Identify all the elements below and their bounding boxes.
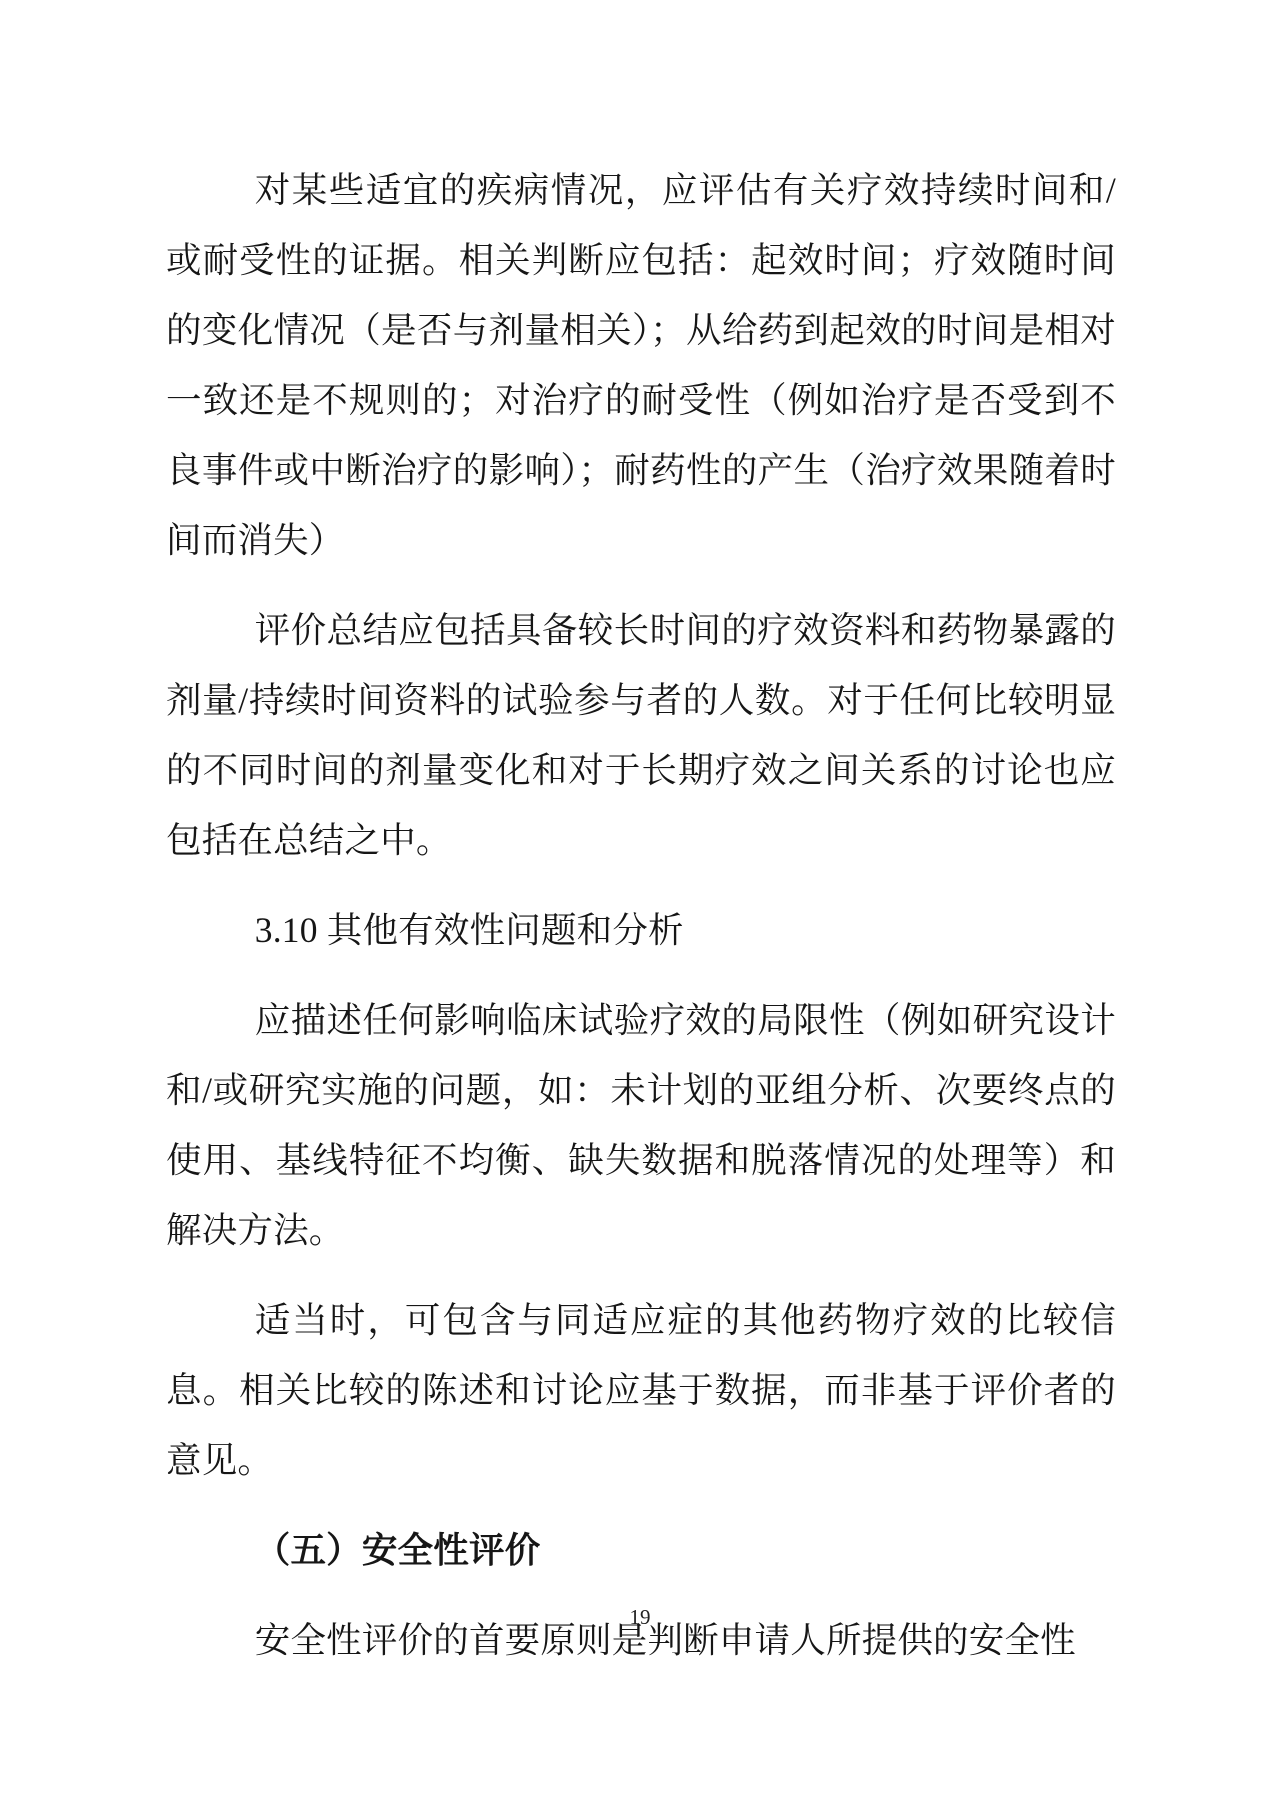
paragraph-efficacy-duration-tolerance: 对某些适宜的疾病情况，应评估有关疗效持续时间和/或耐受性的证据。相关判断应包括：… (166, 155, 1116, 575)
page-content: 对某些适宜的疾病情况，应评估有关疗效持续时间和/或耐受性的证据。相关判断应包括：… (166, 155, 1116, 1695)
paragraph-evaluation-summary: 评价总结应包括具备较长时间的疗效资料和药物暴露的剂量/持续时间资料的试验参与者的… (166, 595, 1116, 875)
document-page: 对某些适宜的疾病情况，应评估有关疗效持续时间和/或耐受性的证据。相关判断应包括：… (0, 0, 1280, 1810)
page-number: 19 (0, 1602, 1280, 1632)
paragraph-comparative-information: 适当时，可包含与同适应症的其他药物疗效的比较信息。相关比较的陈述和讨论应基于数据… (166, 1285, 1116, 1495)
section-heading-safety-evaluation: （五）安全性评价 (166, 1515, 1116, 1585)
paragraph-trial-limitations: 应描述任何影响临床试验疗效的局限性（例如研究设计和/或研究实施的问题，如：未计划… (166, 985, 1116, 1265)
section-heading-3-10-other-efficacy-issues: 3.10 其他有效性问题和分析 (166, 895, 1116, 965)
